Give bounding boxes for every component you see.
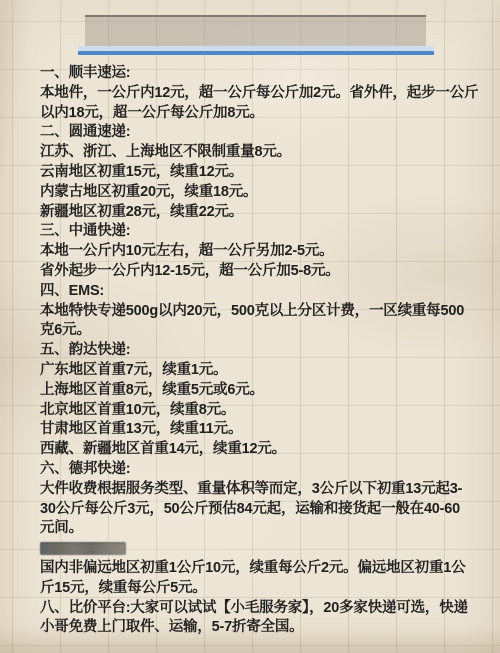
text-line: 斤15元，续重每公斤5元。 [40, 579, 488, 599]
text-line: 广东地区首重7元，续重1元。 [40, 361, 488, 381]
text-line: 上海地区首重8元，续重5元或6元。 [40, 381, 488, 401]
section-heading: 三、中通快递: [40, 222, 488, 242]
text-line: 云南地区初重15元，续重12元。 [40, 163, 488, 183]
text-line: 以内18元，超一公斤每公斤加8元。 [40, 104, 488, 124]
text-line: 甘肃地区首重13元，续重11元。 [40, 420, 488, 440]
redacted-line [40, 539, 488, 559]
text-line: 北京地区首重10元，续重8元。 [40, 401, 488, 421]
section-heading: 二、圆通速递: [40, 123, 488, 143]
title-underline [78, 51, 434, 55]
document-text: 一、顺丰速运: 本地件，一公斤内12元，超一公斤每公斤加2元。省外件，起步一公斤… [40, 64, 488, 638]
redacted-text-bar [40, 542, 126, 555]
text-line: 江苏、浙江、上海地区不限制重量8元。 [40, 143, 488, 163]
text-line: 八、比价平台:大家可以试试【小毛服务家】，20多家快递可选，快递 [40, 599, 488, 619]
text-line: 新疆地区初重28元，续重22元。 [40, 203, 488, 223]
text-line: 本地特快专递500g以内20元，500克以上分区计费，一区续重每500 [40, 302, 488, 322]
text-line: 元间。 [40, 519, 488, 539]
section-heading: 四、EMS: [40, 282, 488, 302]
section-heading: 五、韵达快递: [40, 341, 488, 361]
text-line: 本地一公斤内10元左右，超一公斤另加2-5元。 [40, 242, 488, 262]
text-line: 西藏、新疆地区首重14元，续重12元。 [40, 440, 488, 460]
redacted-title-bar [85, 15, 426, 50]
text-line: 本地件，一公斤内12元，超一公斤每公斤加2元。省外件，起步一公斤 [40, 84, 488, 104]
text-line: 国内非偏远地区初重1公斤10元，续重每公斤2元。偏远地区初重1公 [40, 559, 488, 579]
text-line: 内蒙古地区初重20元，续重18元。 [40, 183, 488, 203]
text-line: 省外起步一公斤内12-15元，超一公斤加5-8元。 [40, 262, 488, 282]
paper-background: 一、顺丰速运: 本地件，一公斤内12元，超一公斤每公斤加2元。省外件，起步一公斤… [0, 0, 500, 653]
text-line: 大件收费根据服务类型、重量体积等而定，3公斤以下初重13元起3- [40, 480, 488, 500]
text-line: 30公斤每公斤3元，50公斤预估84元起，运输和接货起一般在40-60 [40, 500, 488, 520]
section-heading: 一、顺丰速运: [40, 64, 488, 84]
section-heading: 六、德邦快递: [40, 460, 488, 480]
text-line: 小哥免费上门取件、运输，5-7折寄全国。 [40, 618, 488, 638]
text-line: 克6元。 [40, 321, 488, 341]
